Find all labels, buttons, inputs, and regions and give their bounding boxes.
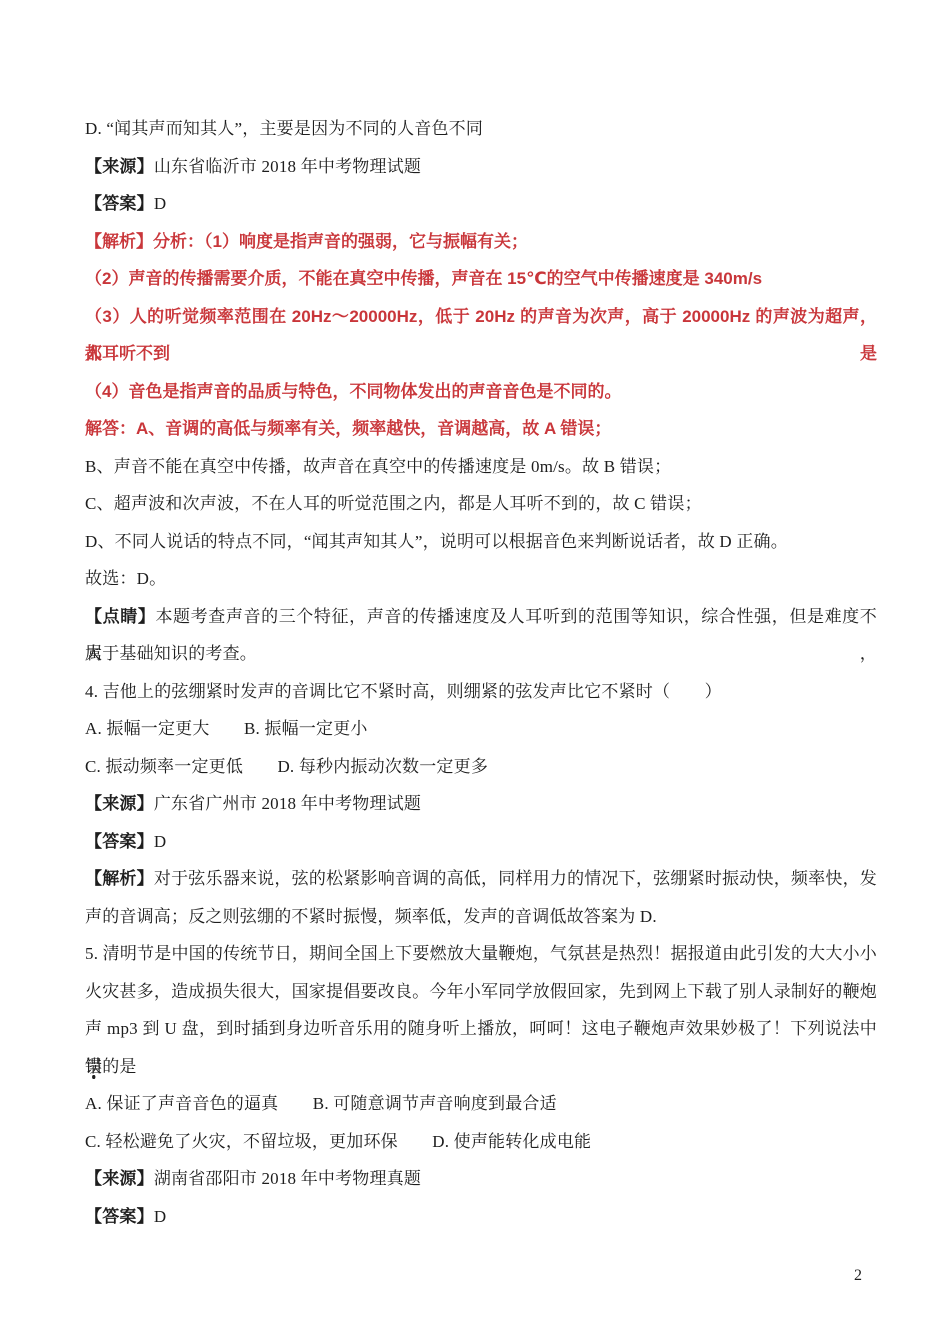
text-segment: （3）人的听觉频率范围在 20Hz～20000Hz，低于 20Hz 的声音为次声… (85, 307, 877, 364)
q3-source: 【来源】山东省临沂市 2018 年中考物理试题 (85, 148, 877, 186)
q3-analysis-point1: 【解析】分析：（1）响度是指声音的强弱，它与振幅有关； (85, 223, 877, 261)
q3-solution-c: C、超声波和次声波，不在人耳的听觉范围之内，都是人耳听不到的，故 C 错误； (85, 485, 877, 523)
text-segment: 的是 (102, 1057, 136, 1076)
text-segment: D (154, 194, 166, 213)
text-segment: 分析：（1）响度是指声音的强弱，它与振幅有关； (153, 232, 528, 251)
emphasized-segment: 误 (85, 1057, 102, 1076)
q4-analysis-line1: 【解析】对于弦乐器来说，弦的松紧影响音调的高低，同样用力的情况下，弦绷紧时振动快… (85, 860, 877, 898)
text-segment: （2）声音的传播需要介质，不能在真空中传播，声音在 15℃的空气中传播速度是 3… (85, 269, 762, 288)
label-segment: 【答案】 (85, 832, 154, 851)
q3-conclusion: 故选：D。 (85, 560, 877, 598)
text-segment: C. 轻松避免了火灾，不留垃圾，更加环保 D. 使声能转化成电能 (85, 1132, 591, 1151)
q4-analysis-line2: 声的音调高；反之则弦绷的不紧时振慢，频率低，发声的音调低故答案为 D. (85, 898, 877, 936)
label-segment: 【来源】 (85, 794, 154, 813)
text-segment: 4. 吉他上的弦绷紧时发声的音调比它不紧时高，则绷紧的弦发声比它不紧时（ ） (85, 682, 722, 701)
text-segment: 广东省广州市 2018 年中考物理试题 (154, 794, 421, 813)
q4-stem: 4. 吉他上的弦绷紧时发声的音调比它不紧时高，则绷紧的弦发声比它不紧时（ ） (85, 673, 877, 711)
text-segment: 山东省临沂市 2018 年中考物理试题 (154, 157, 421, 176)
q5-options-ab: A. 保证了声音音色的逼真 B. 可随意调节声音响度到最合适 (85, 1085, 877, 1123)
label-segment: 【来源】 (85, 157, 154, 176)
q4-options-cd: C. 振动频率一定更低 D. 每秒内振动次数一定更多 (85, 748, 877, 786)
label-segment: 【来源】 (85, 1169, 154, 1188)
text-segment: 解答：A、音调的高低与频率有关，频率越快，音调越高，故 A 错误； (85, 419, 611, 438)
text-segment: 属于基础知识的考查。 (85, 644, 257, 663)
page-number: 2 (854, 1266, 862, 1286)
text-segment: 湖南省邵阳市 2018 年中考物理真题 (154, 1169, 421, 1188)
text-segment: 故选：D。 (85, 569, 166, 588)
label-segment: 【答案】 (85, 1207, 154, 1226)
q4-source: 【来源】广东省广州市 2018 年中考物理试题 (85, 785, 877, 823)
q5-stem-line2: 火灾甚多，造成损失很大，国家提倡要改良。今年小军同学放假回家，先到网上下载了别人… (85, 973, 877, 1011)
text-segment: 声 mp3 到 U 盘，到时插到身边听音乐用的随身听上播放，呵呵！这电子鞭炮声效… (85, 1019, 877, 1038)
q3-solution-d: D、不同人说话的特点不同，“闻其声知其人”，说明可以根据音色来判断说话者，故 D… (85, 523, 877, 561)
label-segment: 【解析】 (85, 232, 153, 251)
text-segment: 对于弦乐器来说，弦的松紧影响音调的高低，同样用力的情况下，弦绷紧时振动快，频率快… (154, 869, 877, 888)
label-segment: 【解析】 (85, 869, 154, 888)
q3-analysis-point3-line1: （3）人的听觉频率范围在 20Hz～20000Hz，低于 20Hz 的声音为次声… (85, 298, 877, 336)
text-segment: D. “闻其声而知其人”，主要是因为不同的人音色不同 (85, 119, 483, 138)
text-segment: 人耳听不到 (85, 344, 170, 363)
text-segment: 声的音调高；反之则弦绷的不紧时振慢，频率低，发声的音调低故答案为 D. (85, 907, 657, 926)
text-segment: C、超声波和次声波，不在人耳的听觉范围之内，都是人耳听不到的，故 C 错误； (85, 494, 702, 513)
q3-analysis-point2: （2）声音的传播需要介质，不能在真空中传播，声音在 15℃的空气中传播速度是 3… (85, 260, 877, 298)
q4-answer: 【答案】D (85, 823, 877, 861)
q3-answer: 【答案】D (85, 185, 877, 223)
q4-options-ab: A. 振幅一定更大 B. 振幅一定更小 (85, 710, 877, 748)
text-segment: 火灾甚多，造成损失很大，国家提倡要改良。今年小军同学放假回家，先到网上下载了别人… (85, 982, 877, 1001)
q5-stem-line3: 声 mp3 到 U 盘，到时插到身边听音乐用的随身听上播放，呵呵！这电子鞭炮声效… (85, 1010, 877, 1048)
q5-stem-line1: 5. 清明节是中国的传统节日，期间全国上下要燃放大量鞭炮，气氛甚是热烈！据报道由… (85, 935, 877, 973)
document-page: D. “闻其声而知其人”，主要是因为不同的人音色不同【来源】山东省临沂市 201… (0, 0, 950, 1344)
text-segment: （4）音色是指声音的品质与特色，不同物体发出的声音音色是不同的。 (85, 382, 621, 401)
q5-answer: 【答案】D (85, 1198, 877, 1236)
label-segment: 【点睛】 (85, 607, 155, 626)
document-content: D. “闻其声而知其人”，主要是因为不同的人音色不同【来源】山东省临沂市 201… (85, 110, 877, 1235)
q5-options-cd: C. 轻松避免了火灾，不留垃圾，更加环保 D. 使声能转化成电能 (85, 1123, 877, 1161)
q3-note-line1: 【点睛】本题考查声音的三个特征，声音的传播速度及人耳听到的范围等知识，综合性强，… (85, 598, 877, 636)
q3-option-d: D. “闻其声而知其人”，主要是因为不同的人音色不同 (85, 110, 877, 148)
text-segment: B、声音不能在真空中传播，故声音在真空中的传播速度是 0m/s。故 B 错误； (85, 457, 671, 476)
q5-source: 【来源】湖南省邵阳市 2018 年中考物理真题 (85, 1160, 877, 1198)
q5-stem-line4: 误的是 (85, 1048, 877, 1086)
text-segment: D、不同人说话的特点不同，“闻其声知其人”，说明可以根据音色来判断说话者，故 D… (85, 532, 788, 551)
text-segment: D (154, 1207, 166, 1226)
text-segment: 5. 清明节是中国的传统节日，期间全国上下要燃放大量鞭炮，气氛甚是热烈！据报道由… (85, 944, 877, 963)
label-segment: 【答案】 (85, 194, 154, 213)
q3-solution-a: 解答：A、音调的高低与频率有关，频率越快，音调越高，故 A 错误； (85, 410, 877, 448)
text-segment: D (154, 832, 166, 851)
q3-analysis-point4: （4）音色是指声音的品质与特色，不同物体发出的声音音色是不同的。 (85, 373, 877, 411)
text-segment: A. 振幅一定更大 B. 振幅一定更小 (85, 719, 368, 738)
text-segment: A. 保证了声音音色的逼真 B. 可随意调节声音响度到最合适 (85, 1094, 557, 1113)
q3-solution-b: B、声音不能在真空中传播，故声音在真空中的传播速度是 0m/s。故 B 错误； (85, 448, 877, 486)
text-segment: C. 振动频率一定更低 D. 每秒内振动次数一定更多 (85, 757, 488, 776)
